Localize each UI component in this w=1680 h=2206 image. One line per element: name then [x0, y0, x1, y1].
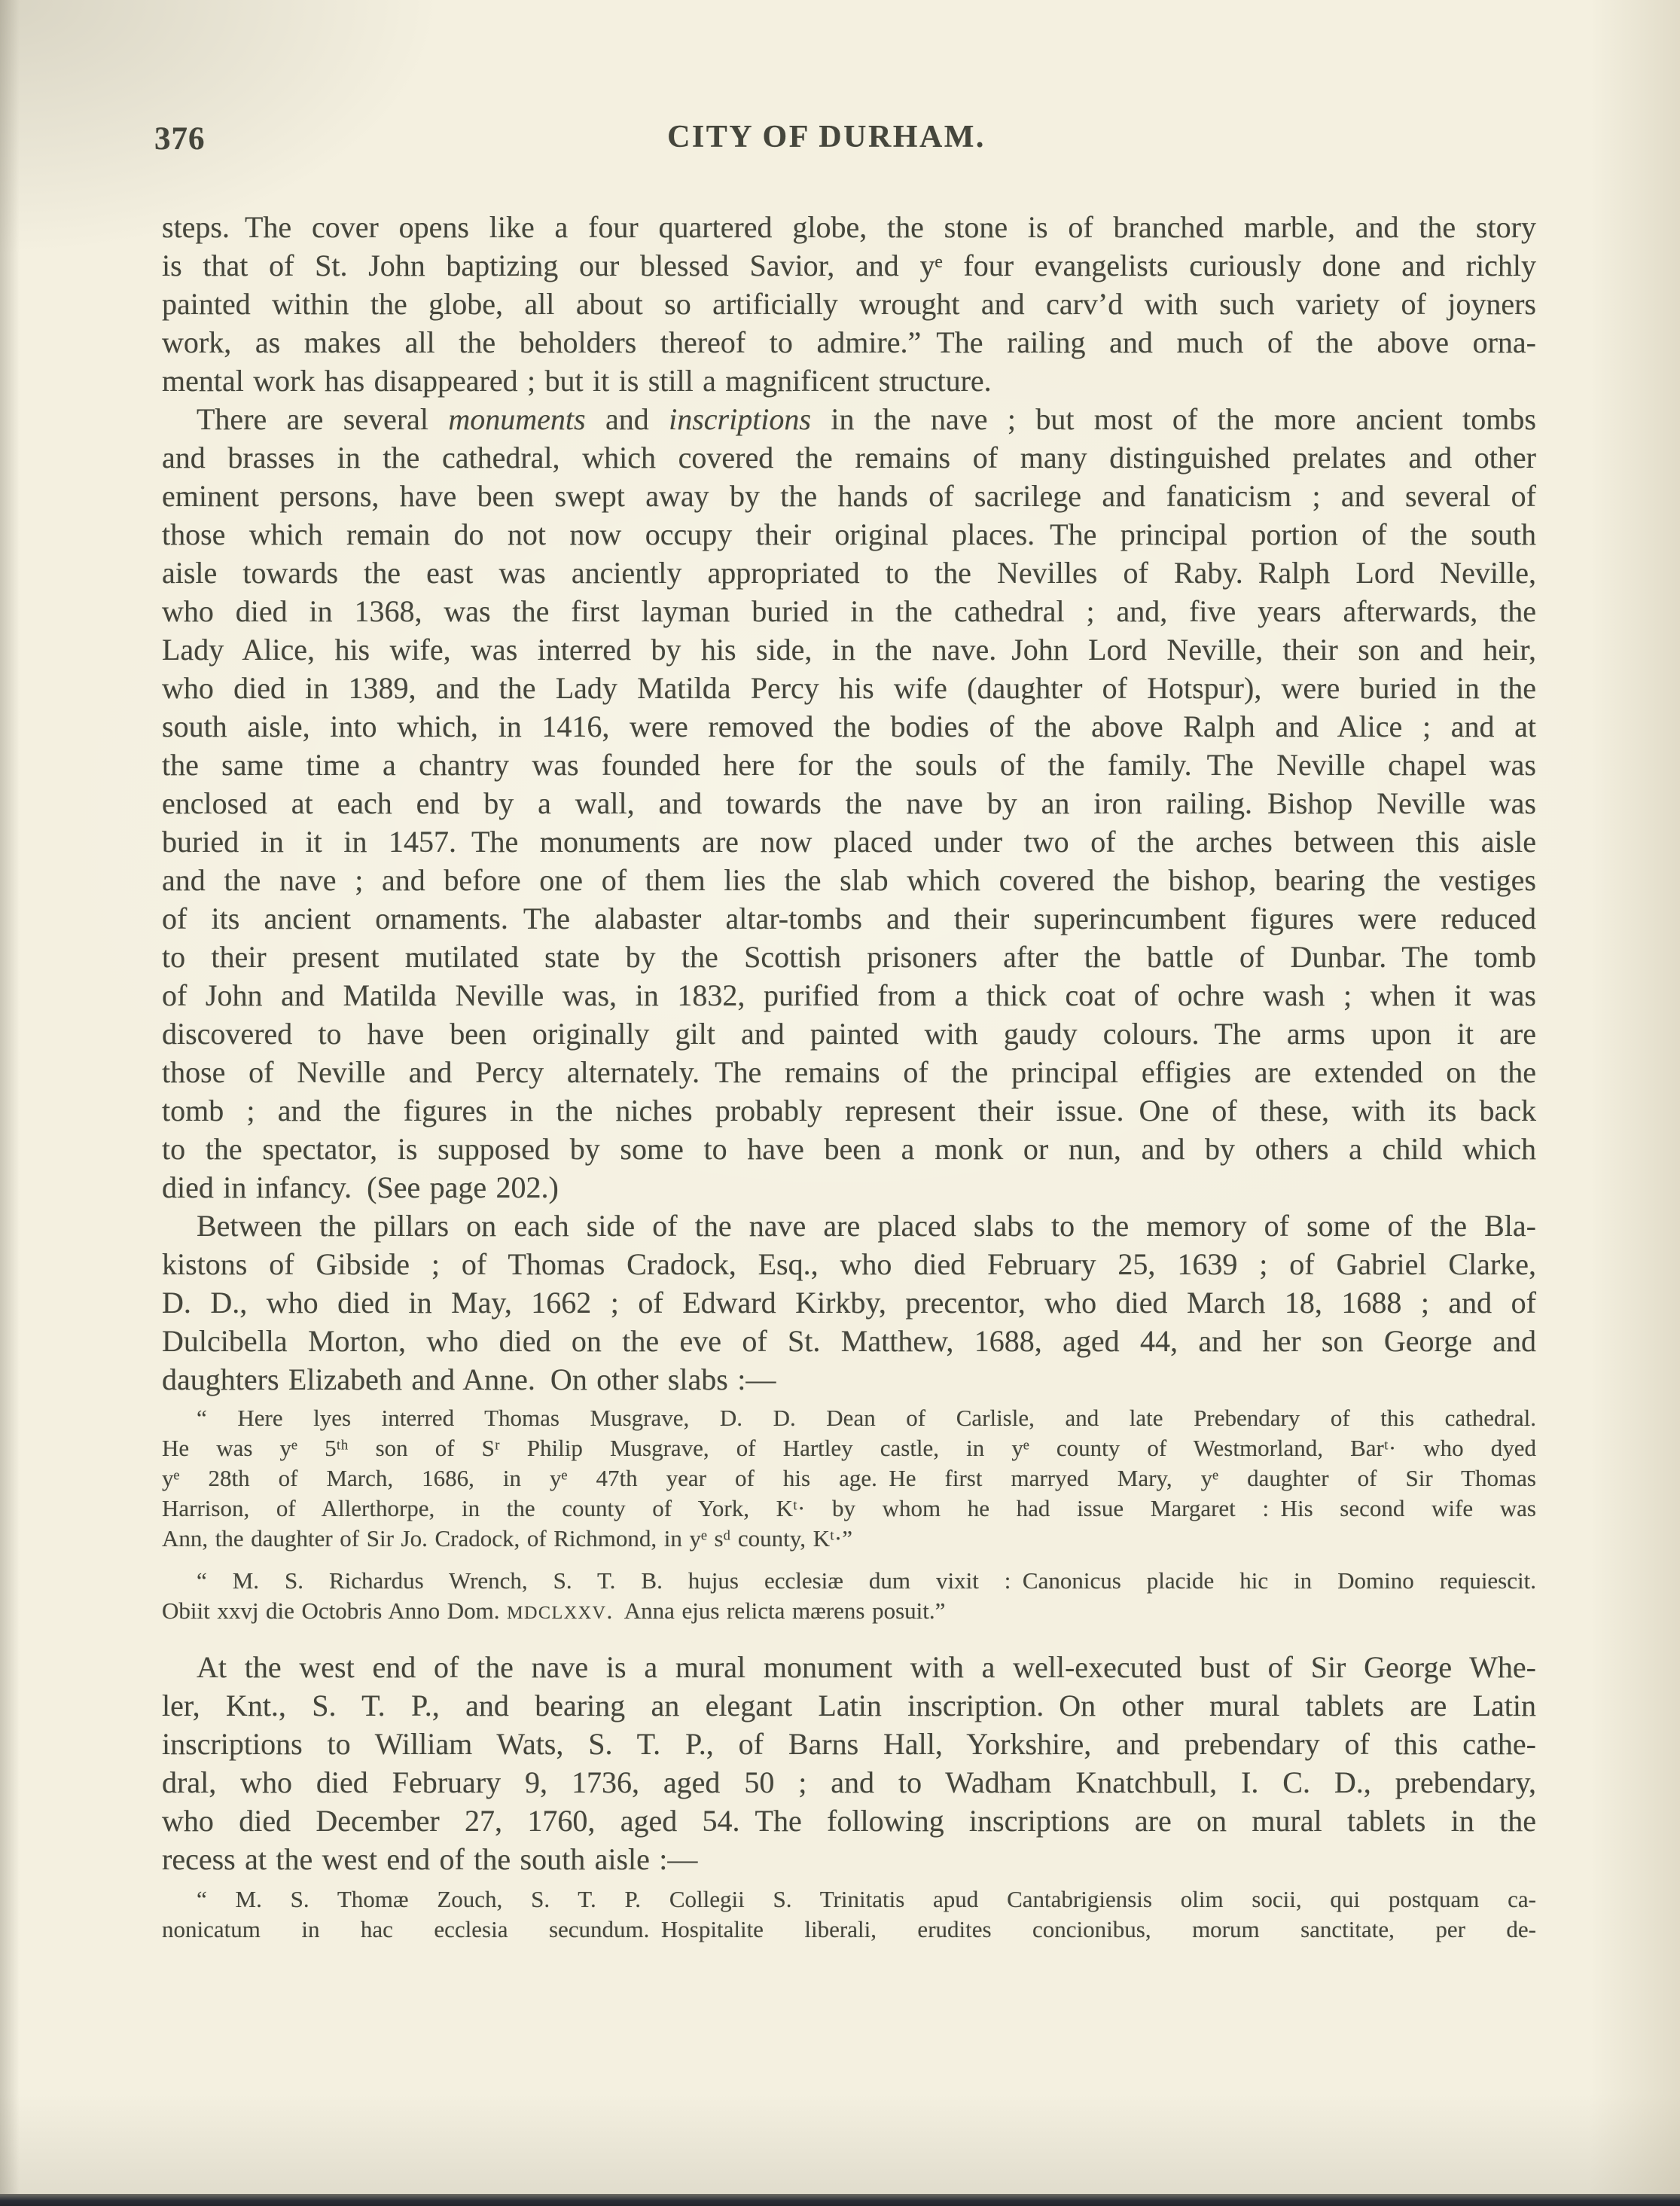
text-segment: steps. The cover opens like a four quart…: [162, 210, 1536, 244]
paragraph-font-cover-description: steps. The cover opens like a four quart…: [162, 208, 1536, 400]
text-segment: Between the pillars on each side of the …: [197, 1209, 1536, 1243]
text-line: who died December 27, 1760, aged 54. The…: [162, 1802, 1536, 1840]
text-line: discovered to have been originally gilt …: [162, 1015, 1536, 1053]
text-line: yᵉ 28th of March, 1686, in yᵉ 47th year …: [162, 1463, 1536, 1494]
paragraph-mural-monuments: At the west end of the nave is a mural m…: [162, 1648, 1536, 1878]
text-segment: and the nave ; and before one of them li…: [162, 863, 1536, 897]
text-line: buried in it in 1457. The monuments are …: [162, 822, 1536, 861]
text-segment: aisle towards the east was anciently app…: [162, 556, 1536, 590]
text-line: enclosed at each end by a wall, and towa…: [162, 784, 1536, 822]
text-segment: who died in 1389, and the Lady Matilda P…: [162, 671, 1536, 705]
page-content: steps. The cover opens like a four quart…: [162, 208, 1536, 1945]
text-segment: Lady Alice, his wife, was interred by hi…: [162, 633, 1536, 667]
text-line: of John and Matilda Neville was, in 1832…: [162, 976, 1536, 1015]
italic-text: monuments: [448, 402, 585, 436]
book-page: 376 CITY OF DURHAM. steps. The cover ope…: [0, 0, 1680, 2206]
text-segment: mental work has disappeared ; but it is …: [162, 364, 992, 398]
text-line: Between the pillars on each side of the …: [162, 1207, 1536, 1245]
text-segment: to the spectator, is supposed by some to…: [162, 1132, 1536, 1166]
text-line: those of Neville and Percy alternately. …: [162, 1053, 1536, 1091]
text-line: those which remain do not now occupy the…: [162, 515, 1536, 554]
text-line: eminent persons, have been swept away by…: [162, 477, 1536, 515]
inscription-musgrave: “ Here lyes interred Thomas Musgrave, D.…: [162, 1403, 1536, 1554]
text-line: aisle towards the east was anciently app…: [162, 554, 1536, 592]
text-line: is that of St. John baptizing our blesse…: [162, 246, 1536, 285]
text-line: nonicatum in hac ecclesia secundum. Hosp…: [162, 1915, 1536, 1945]
paragraph-slabs-between-pillars: Between the pillars on each side of the …: [162, 1207, 1536, 1399]
text-line: “ Here lyes interred Thomas Musgrave, D.…: [162, 1403, 1536, 1433]
text-line: inscriptions to William Wats, S. T. P., …: [162, 1725, 1536, 1763]
text-segment: There are several: [197, 402, 448, 436]
text-segment: and brasses in the cathedral, which cove…: [162, 441, 1536, 474]
text-segment: enclosed at each end by a wall, and towa…: [162, 786, 1536, 820]
text-line: to their present mutilated state by the …: [162, 938, 1536, 976]
text-segment: eminent persons, have been swept away by…: [162, 479, 1536, 513]
text-segment: inscriptions to William Wats, S. T. P., …: [162, 1727, 1536, 1761]
text-segment: who died in 1368, was the first layman b…: [162, 594, 1536, 628]
text-line: the same time a chantry was founded here…: [162, 746, 1536, 784]
text-line: dral, who died February 9, 1736, aged 50…: [162, 1763, 1536, 1802]
text-segment: ler, Knt., S. T. P., and bearing an eleg…: [162, 1689, 1536, 1722]
text-line: At the west end of the nave is a mural m…: [162, 1648, 1536, 1686]
text-line: He was yᵉ 5ᵗʰ son of Sʳ Philip Musgrave,…: [162, 1433, 1536, 1463]
text-line: of its ancient ornaments. The alabaster …: [162, 899, 1536, 938]
text-segment: At the west end of the nave is a mural m…: [197, 1650, 1536, 1684]
text-segment: yᵉ 28th of March, 1686, in yᵉ 47th year …: [162, 1465, 1536, 1491]
text-segment: . Anna ejus relicta mærens posuit.”: [606, 1597, 945, 1624]
text-line: Lady Alice, his wife, was interred by hi…: [162, 630, 1536, 669]
text-line: “ M. S. Thomæ Zouch, S. T. P. Collegii S…: [162, 1884, 1536, 1915]
text-line: kistons of Gibside ; of Thomas Cradock, …: [162, 1245, 1536, 1283]
text-segment: D. D., who died in May, 1662 ; of Edward…: [162, 1286, 1536, 1320]
italic-text: inscriptions: [669, 402, 811, 436]
text-segment: “ M. S. Richardus Wrench, S. T. B. hujus…: [197, 1567, 1536, 1594]
text-line: D. D., who died in May, 1662 ; of Edward…: [162, 1283, 1536, 1322]
text-line: to the spectator, is supposed by some to…: [162, 1130, 1536, 1168]
text-line: ler, Knt., S. T. P., and bearing an eleg…: [162, 1686, 1536, 1725]
text-segment: those which remain do not now occupy the…: [162, 517, 1536, 551]
text-segment: Harrison, of Allerthorpe, in the county …: [162, 1495, 1536, 1521]
text-segment: “ Here lyes interred Thomas Musgrave, D.…: [197, 1405, 1536, 1431]
page-header: 376 CITY OF DURHAM.: [162, 119, 1536, 157]
text-segment: “ M. S. Thomæ Zouch, S. T. P. Collegii S…: [197, 1886, 1536, 1912]
text-segment: kistons of Gibside ; of Thomas Cradock, …: [162, 1247, 1536, 1281]
text-segment: those of Neville and Percy alternately. …: [162, 1055, 1536, 1089]
text-line: daughters Elizabeth and Anne. On other s…: [162, 1360, 1536, 1399]
text-segment: Ann, the daughter of Sir Jo. Cradock, of…: [162, 1525, 852, 1552]
scan-bottom-edge: [0, 2194, 1680, 2206]
text-line: “ M. S. Richardus Wrench, S. T. B. hujus…: [162, 1566, 1536, 1596]
text-line: who died in 1368, was the first layman b…: [162, 592, 1536, 630]
text-line: painted within the globe, all about so a…: [162, 285, 1536, 323]
text-segment: is that of St. John baptizing our blesse…: [162, 249, 1536, 282]
text-segment: He was yᵉ 5ᵗʰ son of Sʳ Philip Musgrave,…: [162, 1435, 1536, 1461]
text-line: who died in 1389, and the Lady Matilda P…: [162, 669, 1536, 707]
text-segment: nonicatum in hac ecclesia secundum. Hosp…: [162, 1916, 1536, 1942]
text-line: mental work has disappeared ; but it is …: [162, 362, 1536, 400]
text-segment: recess at the west end of the south aisl…: [162, 1842, 697, 1876]
text-segment: who died December 27, 1760, aged 54. The…: [162, 1804, 1536, 1838]
text-segment: died in infancy. (See page 202.): [162, 1170, 559, 1204]
smallcaps-text: MDCLXXV: [507, 1603, 606, 1623]
text-segment: and: [586, 402, 669, 436]
text-segment: tomb ; and the figures in the niches pro…: [162, 1094, 1536, 1127]
text-segment: Obiit xxvj die Octobris Anno Dom.: [162, 1597, 507, 1624]
text-segment: dral, who died February 9, 1736, aged 50…: [162, 1765, 1536, 1799]
inscription-zouch: “ M. S. Thomæ Zouch, S. T. P. Collegii S…: [162, 1884, 1536, 1945]
text-line: recess at the west end of the south aisl…: [162, 1840, 1536, 1878]
text-segment: to their present mutilated state by the …: [162, 940, 1536, 974]
text-segment: south aisle, into which, in 1416, were r…: [162, 709, 1536, 743]
text-line: Ann, the daughter of Sir Jo. Cradock, of…: [162, 1524, 1536, 1554]
text-line: and brasses in the cathedral, which cove…: [162, 438, 1536, 477]
text-segment: buried in it in 1457. The monuments are …: [162, 825, 1536, 859]
text-line: and the nave ; and before one of them li…: [162, 861, 1536, 899]
text-line: steps. The cover opens like a four quart…: [162, 208, 1536, 246]
text-segment: of John and Matilda Neville was, in 1832…: [162, 978, 1536, 1012]
paragraph-monuments-and-nevilles: There are several monuments and inscript…: [162, 400, 1536, 1207]
text-segment: painted within the globe, all about so a…: [162, 287, 1536, 321]
text-segment: in the nave ; but most of the more ancie…: [811, 402, 1536, 436]
text-line: work, as makes all the beholders thereof…: [162, 323, 1536, 362]
text-segment: work, as makes all the beholders thereof…: [162, 325, 1536, 359]
text-segment: the same time a chantry was founded here…: [162, 748, 1536, 782]
text-segment: discovered to have been originally gilt …: [162, 1017, 1536, 1051]
page-title: CITY OF DURHAM.: [139, 119, 1514, 155]
text-line: Obiit xxvj die Octobris Anno Dom. MDCLXX…: [162, 1596, 1536, 1628]
text-line: There are several monuments and inscript…: [162, 400, 1536, 438]
text-line: Harrison, of Allerthorpe, in the county …: [162, 1494, 1536, 1524]
text-segment: Dulcibella Morton, who died on the eve o…: [162, 1324, 1536, 1358]
text-segment: daughters Elizabeth and Anne. On other s…: [162, 1362, 776, 1396]
text-line: died in infancy. (See page 202.): [162, 1168, 1536, 1207]
inscription-wrench: “ M. S. Richardus Wrench, S. T. B. hujus…: [162, 1566, 1536, 1628]
text-segment: of its ancient ornaments. The alabaster …: [162, 902, 1536, 935]
text-line: south aisle, into which, in 1416, were r…: [162, 707, 1536, 746]
text-line: Dulcibella Morton, who died on the eve o…: [162, 1322, 1536, 1360]
text-line: tomb ; and the figures in the niches pro…: [162, 1091, 1536, 1130]
